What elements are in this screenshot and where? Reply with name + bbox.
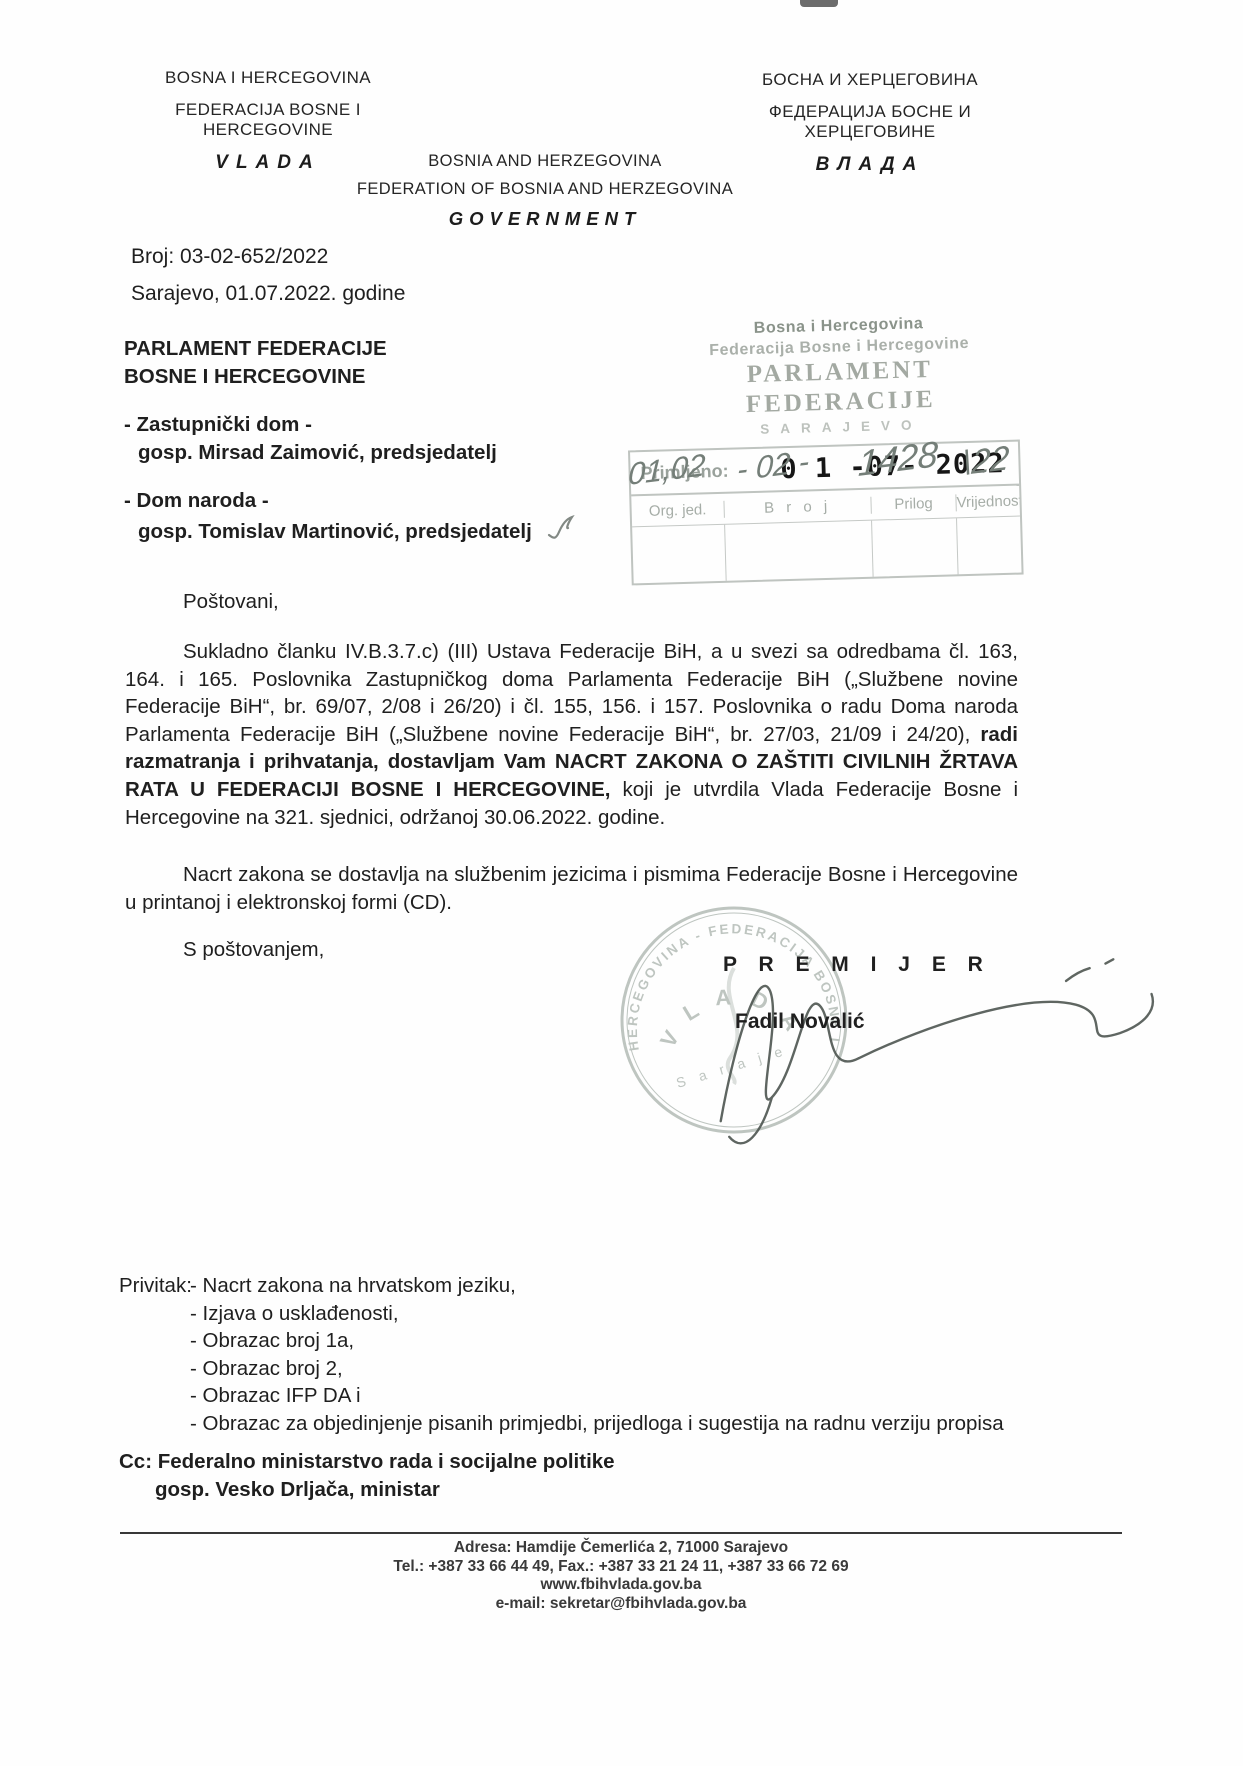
addressee-org-line1: PARLAMENT FEDERACIJE	[124, 335, 580, 363]
header-country-cyrillic: БОСНА И ХЕРЦЕГОВИНА	[710, 70, 1030, 90]
document-page: BOSNA I HERCEGOVINA FEDERACIJA BOSNE I H…	[0, 0, 1243, 1766]
footer-phone: Tel.: +387 33 66 44 49, Fax.: +387 33 21…	[120, 1558, 1122, 1577]
stamp-col-org: Org. jed.	[631, 500, 724, 520]
paragraph-main-normal1: Sukladno članku IV.B.3.7.c) (III) Ustava…	[125, 640, 1018, 746]
header-country-latin: BOSNA I HERCEGOVINA	[118, 68, 418, 88]
attachment-item: - Nacrt zakona na hrvatskom jeziku,	[190, 1272, 1004, 1300]
checkmark-handwritten-icon	[546, 515, 580, 551]
signer-name: Fadil Novalić	[735, 1010, 865, 1034]
attachment-item: - Obrazac za objedinjenje pisanih primje…	[190, 1410, 1004, 1438]
addressee-org-line2: BOSNE I HERCEGOVINE	[124, 363, 580, 391]
handwritten-vrijednost: \22	[961, 439, 1010, 484]
cc-line2: gosp. Vesko Drljača, ministar	[119, 1476, 615, 1504]
attachment-item: - Izjava o usklađenosti,	[190, 1300, 1004, 1328]
cc-line1: Cc: Federalno ministarstvo rada i socija…	[119, 1448, 615, 1476]
cc-block: Cc: Federalno ministarstvo rada i socija…	[119, 1448, 615, 1503]
addressee-house2-person-text: gosp. Tomislav Martinović, predsjedatelj	[138, 520, 532, 543]
salutation: Poštovani,	[183, 588, 279, 616]
reference-date: Sarajevo, 01.07.2022. godine	[131, 282, 405, 306]
header-english: BOSNIA AND HERZEGOVINA FEDERATION OF BOS…	[245, 152, 845, 230]
stamp-cell	[725, 521, 874, 581]
header-government-english: GOVERNMENT	[245, 208, 845, 230]
header-federation-cyrillic: ФЕДЕРАЦИЈА БОСНЕ И ХЕРЦЕГОВИНЕ	[710, 102, 1030, 142]
addressee-house2-person: gosp. Tomislav Martinović, predsjedatelj	[124, 515, 580, 551]
addressee-block: PARLAMENT FEDERACIJE BOSNE I HERCEGOVINE…	[124, 335, 580, 550]
stamp-row-values	[632, 517, 1021, 584]
stamp-cell	[957, 517, 1022, 575]
stamp-parliament: PARLAMENT FEDERACIJE	[662, 353, 1020, 423]
received-stamp-header: Bosna i Hercegovina Federacija Bosne i H…	[624, 311, 1019, 444]
closing: S poštovanjem,	[183, 936, 324, 964]
footer-address: Adresa: Hamdije Čemerlića 2, 71000 Saraj…	[120, 1539, 1122, 1558]
footer: Adresa: Hamdije Čemerlića 2, 71000 Saraj…	[120, 1539, 1122, 1613]
stamp-cell	[632, 525, 727, 584]
header-country-english: BOSNIA AND HERZEGOVINA	[245, 152, 845, 171]
footer-email: e-mail: sekretar@fbihvlada.gov.ba	[120, 1595, 1122, 1614]
paragraph-main: Sukladno članku IV.B.3.7.c) (III) Ustava…	[125, 638, 1018, 831]
header-federation-english: FEDERATION OF BOSNIA AND HERZEGOVINA	[245, 180, 845, 199]
stamp-col-vrijednost: Vrijednost	[956, 492, 1019, 511]
paragraph-delivery: Nacrt zakona se dostavlja na službenim j…	[125, 861, 1018, 916]
attachment-item: - Obrazac broj 1a,	[190, 1327, 1004, 1355]
stamp-col-broj: B r o j	[724, 496, 871, 517]
spacer	[124, 466, 580, 487]
addressee-house1-person: gosp. Mirsad Zaimović, predsjedatelj	[124, 439, 580, 467]
reference-block: Broj: 03-02-652/2022 Sarajevo, 01.07.202…	[131, 245, 405, 319]
addressee-house1-title: - Zastupnički dom -	[124, 411, 580, 439]
header-federation-latin: FEDERACIJA BOSNE I HERCEGOVINE	[118, 100, 418, 140]
stamp-col-prilog: Prilog	[871, 494, 956, 513]
spacer	[124, 390, 580, 411]
attachments-label: Privitak:	[119, 1272, 192, 1300]
signer-title: P R E M I J E R	[723, 953, 991, 977]
reference-number: Broj: 03-02-652/2022	[131, 245, 405, 269]
footer-web: www.fbihvlada.gov.ba	[120, 1576, 1122, 1595]
attachment-item: - Obrazac IFP DA i	[190, 1382, 1004, 1410]
stamp-cell	[872, 518, 959, 576]
addressee-house2-title: - Dom naroda -	[124, 487, 580, 515]
attachments-list: - Nacrt zakona na hrvatskom jeziku, - Iz…	[190, 1272, 1004, 1438]
scan-artifact	[800, 0, 838, 7]
attachment-item: - Obrazac broj 2,	[190, 1355, 1004, 1383]
footer-divider	[120, 1532, 1122, 1534]
